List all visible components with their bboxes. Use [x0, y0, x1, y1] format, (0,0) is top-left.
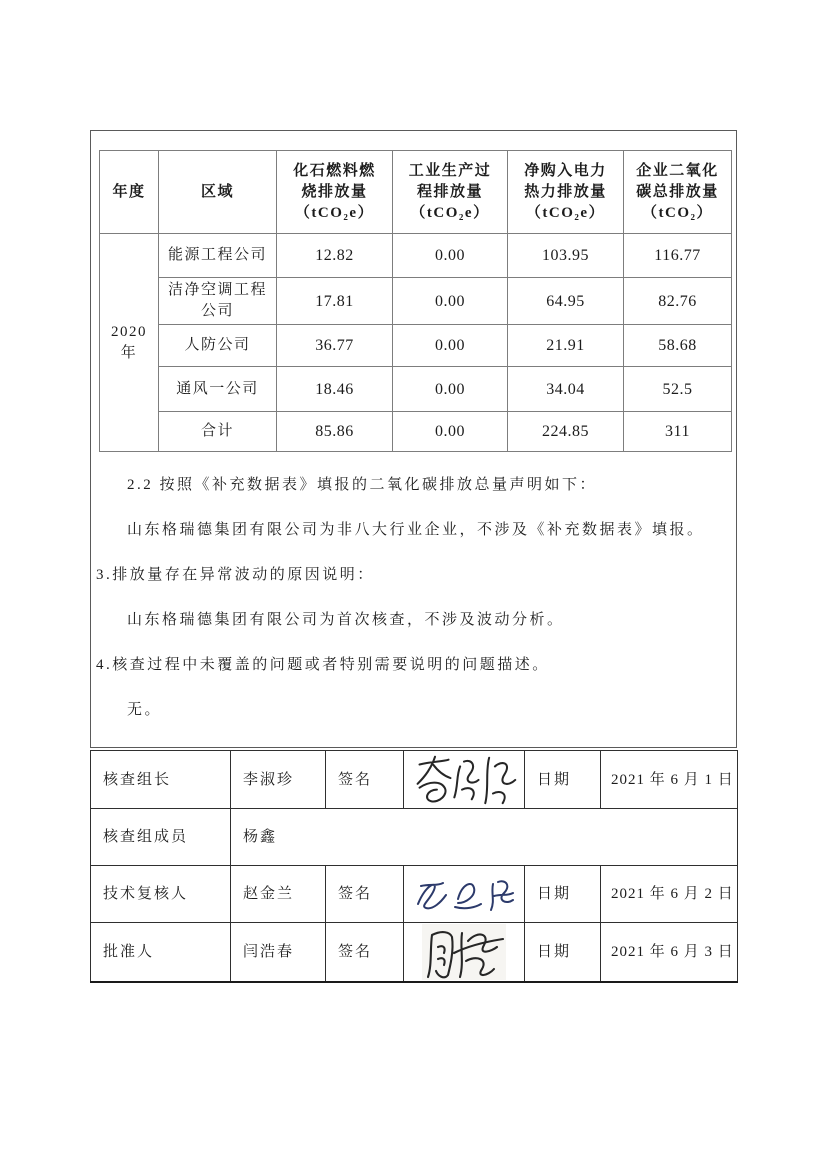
fossil-fuel-cell: 85.86	[277, 412, 393, 452]
date-label-cell: 日期	[525, 923, 601, 983]
region-cell: 人防公司	[159, 325, 277, 367]
date-label-cell: 日期	[525, 751, 601, 809]
paragraph-section-3-heading: 3.排放量存在异常波动的原因说明：	[91, 565, 734, 586]
sign-label-cell: 签名	[326, 866, 404, 923]
signature-image-li-shuzhen	[406, 748, 522, 810]
name-cell: 赵金兰	[231, 866, 326, 923]
total-cell: 52.5	[624, 367, 732, 412]
col-header-purchased-power: 净购入电力 热力排放量 （tCO₂e）	[508, 151, 624, 234]
fossil-fuel-cell: 17.81	[277, 278, 393, 325]
paragraph-supplementary-statement: 2.2 按照《补充数据表》填报的二氧化碳排放总量声明如下：	[91, 475, 734, 496]
purchased-power-cell: 103.95	[508, 234, 624, 278]
name-cell: 杨鑫	[231, 809, 738, 866]
industrial-process-cell: 0.00	[393, 367, 508, 412]
region-cell: 合计	[159, 412, 277, 452]
signoff-row-approver: 批准人 闫浩春 签名 日期 2021 年 6 月 3 日	[91, 923, 738, 983]
role-cell: 核查组长	[91, 751, 231, 809]
date-cell: 2021 年 6 月 3 日	[601, 923, 738, 983]
year-cell: 2020 年	[100, 234, 159, 452]
table-row: 洁净空调工程 公司 17.81 0.00 64.95 82.76	[100, 278, 732, 325]
signoff-row-team-leader: 核查组长 李淑珍 签名 日期 2021 年 6 月 1 日	[91, 751, 738, 809]
col-header-year: 年度	[100, 151, 159, 234]
sign-label-cell: 签名	[326, 751, 404, 809]
signature-image-yan-haochun	[416, 923, 512, 981]
emissions-header-row: 年度 区域 化石燃料燃 烧排放量 （tCO₂e） 工业生产过 程排放量 （tCO…	[100, 151, 732, 234]
signature-cell	[404, 923, 525, 983]
role-cell: 技术复核人	[91, 866, 231, 923]
name-cell: 李淑珍	[231, 751, 326, 809]
paragraph-section-4-heading: 4.核查过程中未覆盖的问题或者特别需要说明的问题描述。	[91, 655, 734, 676]
col-header-industrial-process: 工业生产过 程排放量 （tCO₂e）	[393, 151, 508, 234]
col-header-region: 区域	[159, 151, 277, 234]
table-row: 人防公司 36.77 0.00 21.91 58.68	[100, 325, 732, 367]
purchased-power-cell: 34.04	[508, 367, 624, 412]
industrial-process-cell: 0.00	[393, 234, 508, 278]
region-cell: 洁净空调工程 公司	[159, 278, 277, 325]
scanned-signature-background	[422, 924, 506, 980]
region-cell: 能源工程公司	[159, 234, 277, 278]
industrial-process-cell: 0.00	[393, 412, 508, 452]
fossil-fuel-cell: 36.77	[277, 325, 393, 367]
col-header-total-co2: 企业二氧化 碳总排放量 （tCO₂）	[624, 151, 732, 234]
paragraph-supplementary-detail: 山东格瑞德集团有限公司为非八大行业企业，不涉及《补充数据表》填报。	[91, 520, 734, 541]
date-label-cell: 日期	[525, 866, 601, 923]
paragraph-section-3-detail: 山东格瑞德集团有限公司为首次核查，不涉及波动分析。	[91, 610, 734, 631]
table-row: 2020 年 能源工程公司 12.82 0.00 103.95 116.77	[100, 234, 732, 278]
signature-cell	[404, 751, 525, 809]
sign-label-cell: 签名	[326, 923, 404, 983]
total-cell: 116.77	[624, 234, 732, 278]
table-row: 通风一公司 18.46 0.00 34.04 52.5	[100, 367, 732, 412]
industrial-process-cell: 0.00	[393, 278, 508, 325]
date-cell: 2021 年 6 月 2 日	[601, 866, 738, 923]
purchased-power-cell: 224.85	[508, 412, 624, 452]
total-cell: 58.68	[624, 325, 732, 367]
date-cell: 2021 年 6 月 1 日	[601, 751, 738, 809]
signature-image-zhao-jinlan	[408, 872, 520, 916]
purchased-power-cell: 21.91	[508, 325, 624, 367]
table-row-total: 合计 85.86 0.00 224.85 311	[100, 412, 732, 452]
signoff-row-team-member: 核查组成员 杨鑫	[91, 809, 738, 866]
signoff-row-technical-reviewer: 技术复核人 赵金兰 签名 日期 2021 年 6 月 2 日	[91, 866, 738, 923]
signature-cell	[404, 866, 525, 923]
emissions-table: 年度 区域 化石燃料燃 烧排放量 （tCO₂e） 工业生产过 程排放量 （tCO…	[99, 150, 732, 452]
purchased-power-cell: 64.95	[508, 278, 624, 325]
region-cell: 通风一公司	[159, 367, 277, 412]
role-cell: 批准人	[91, 923, 231, 983]
fossil-fuel-cell: 18.46	[277, 367, 393, 412]
total-cell: 311	[624, 412, 732, 452]
role-cell: 核查组成员	[91, 809, 231, 866]
name-cell: 闫浩春	[231, 923, 326, 983]
document-page-frame: 年度 区域 化石燃料燃 烧排放量 （tCO₂e） 工业生产过 程排放量 （tCO…	[90, 130, 737, 748]
total-cell: 82.76	[624, 278, 732, 325]
industrial-process-cell: 0.00	[393, 325, 508, 367]
col-header-fossil-fuel: 化石燃料燃 烧排放量 （tCO₂e）	[277, 151, 393, 234]
body-text: 2.2 按照《补充数据表》填报的二氧化碳排放总量声明如下： 山东格瑞德集团有限公…	[91, 475, 734, 745]
paragraph-section-4-detail: 无。	[91, 700, 734, 721]
fossil-fuel-cell: 12.82	[277, 234, 393, 278]
signoff-table: 核查组长 李淑珍 签名 日期 2021 年 6 月 1 日 核查组成员 杨鑫 技…	[90, 750, 738, 983]
